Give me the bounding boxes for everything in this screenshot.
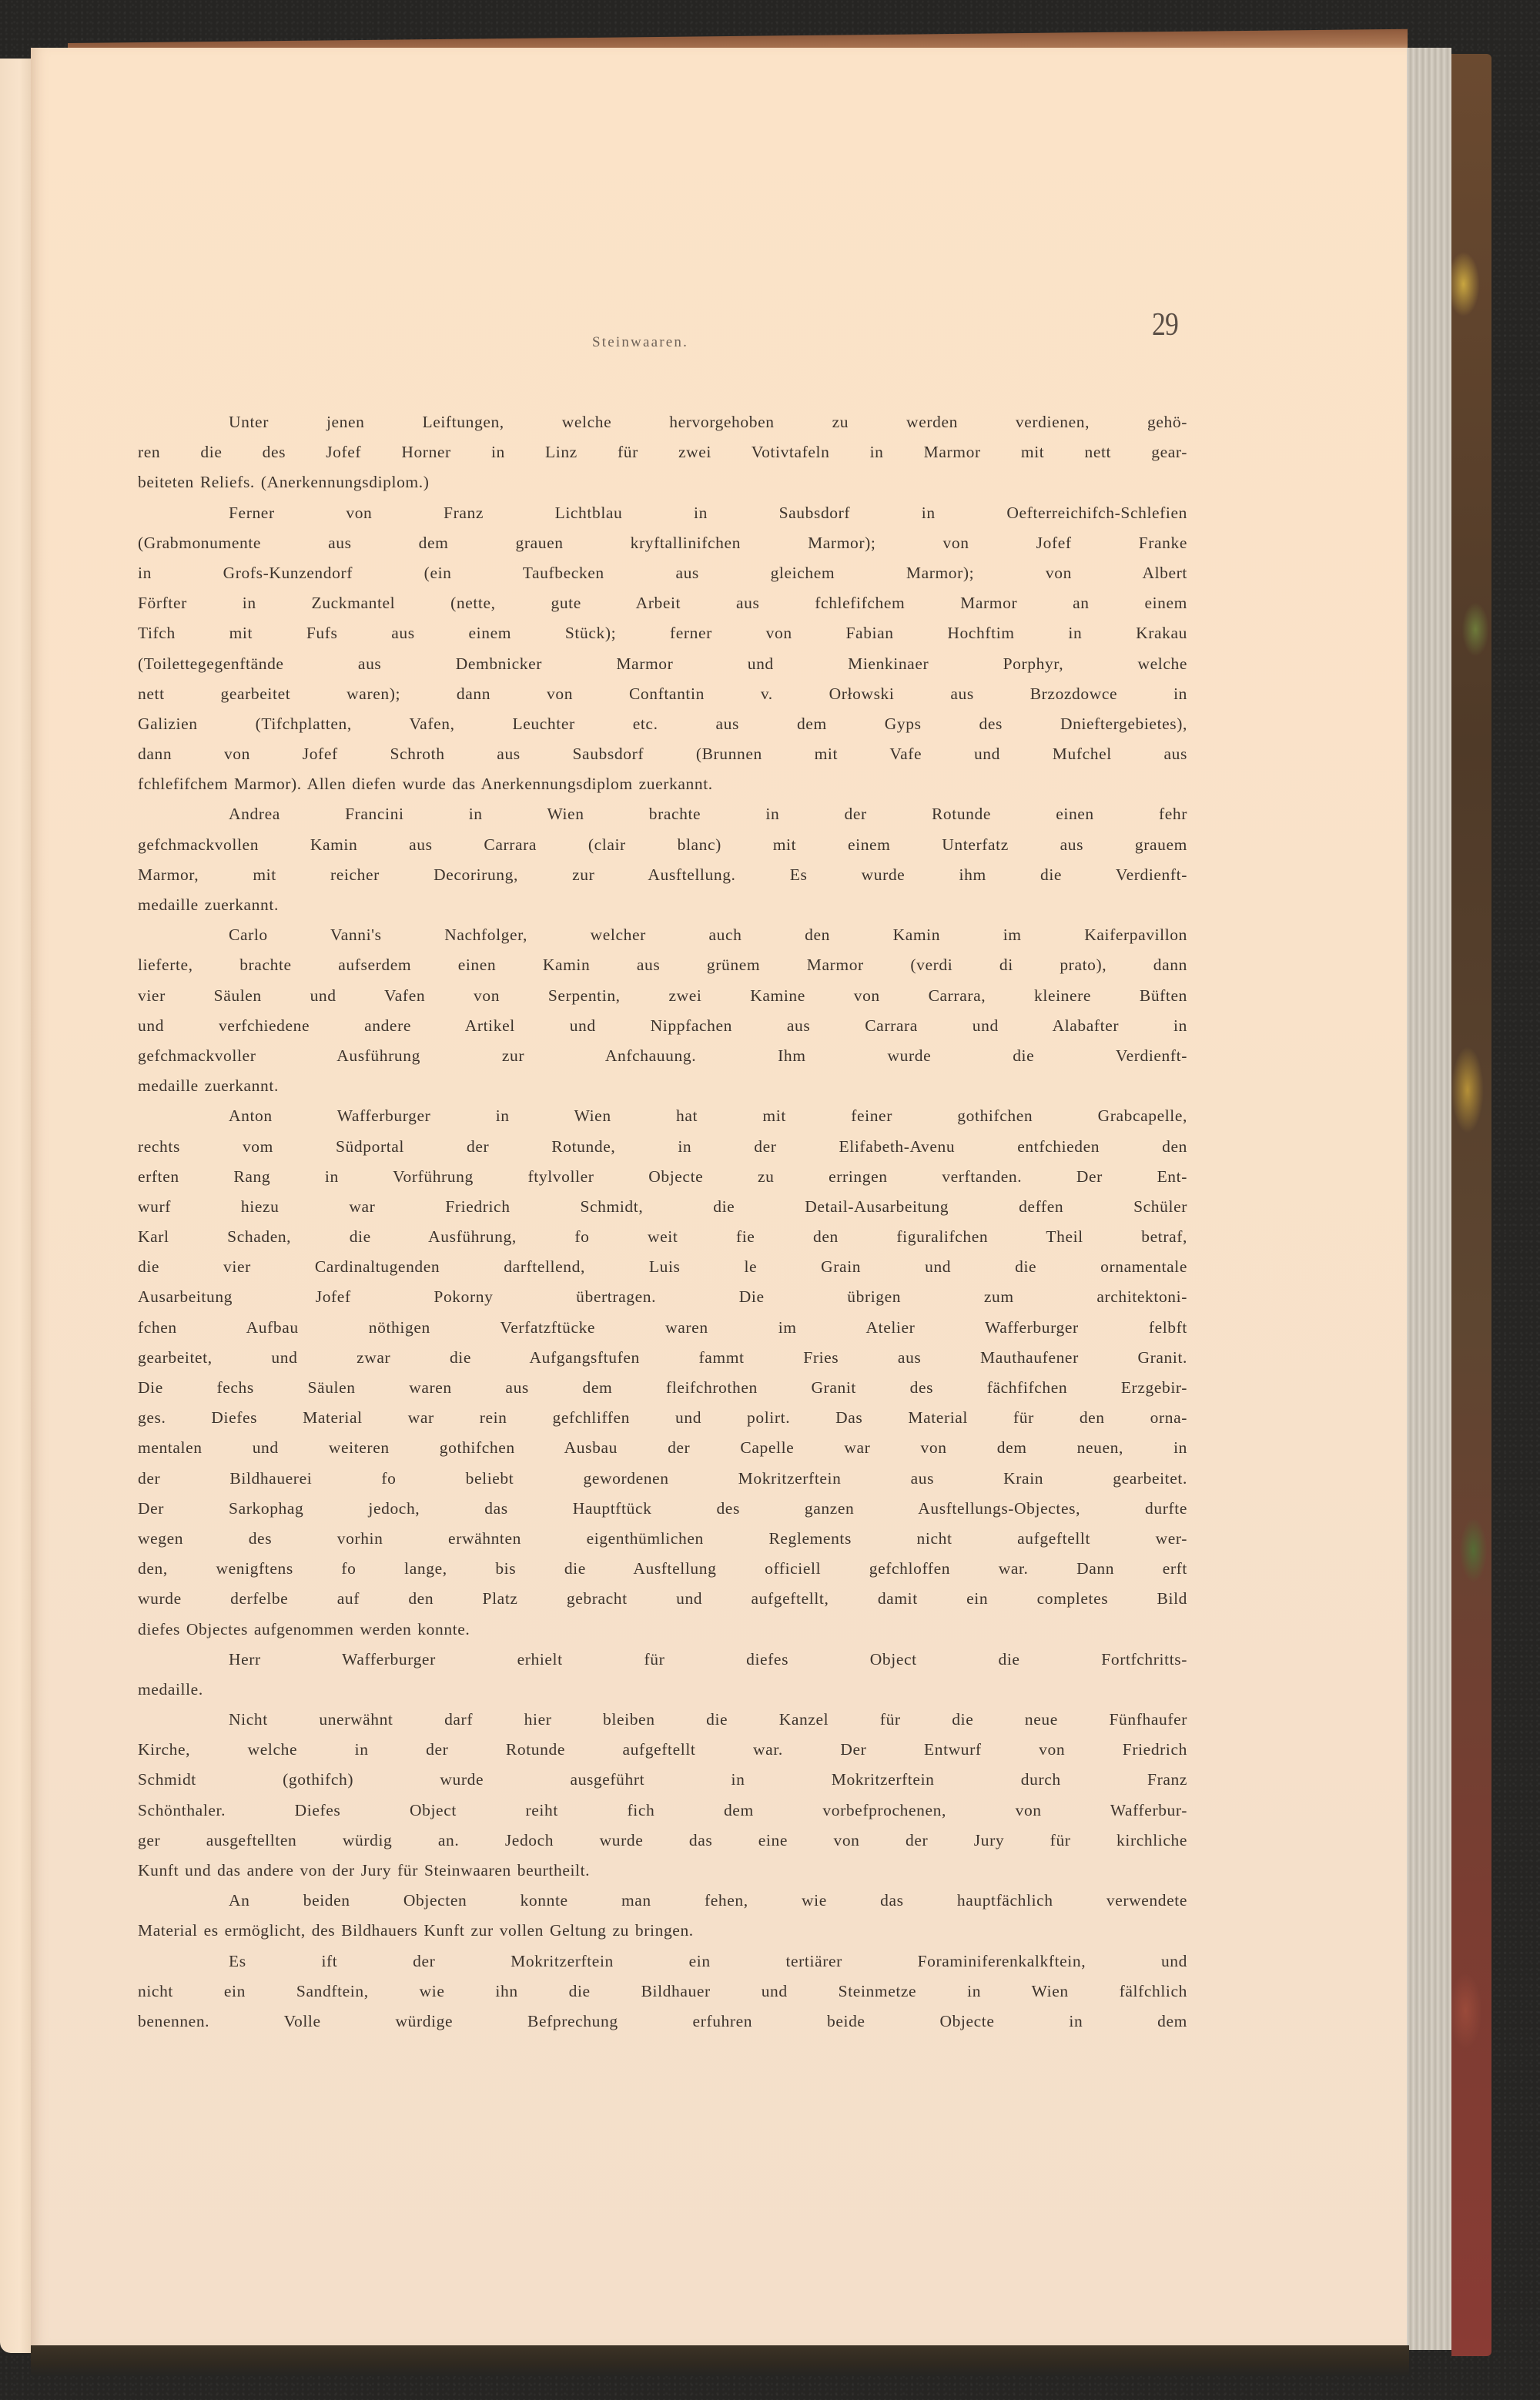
- text-line: (Grabmonumente aus dem grauen kryftallin…: [138, 528, 1187, 558]
- text-line: erften Rang in Vorführung ftylvoller Obj…: [138, 1162, 1187, 1192]
- facing-page-edge: [0, 59, 32, 2353]
- text-line: Kunft und das andere von der Jury für St…: [138, 1856, 1187, 1886]
- text-line: lieferte, brachte aufserdem einen Kamin …: [138, 950, 1187, 980]
- text-line: rechts vom Südportal der Rotunde, in der…: [138, 1132, 1187, 1162]
- text-line: Ferner von Franz Lichtblau in Saubsdorf …: [138, 498, 1187, 528]
- text-line: gefchmackvoller Ausführung zur Anfchauun…: [138, 1041, 1187, 1071]
- text-line: Die fechs Säulen waren aus dem fleifchro…: [138, 1373, 1187, 1403]
- running-head: Steinwaaren.: [592, 334, 688, 351]
- text-line: Herr Wafferburger erhielt für diefes Obj…: [138, 1645, 1187, 1675]
- text-line: wurde derfelbe auf den Platz gebracht un…: [138, 1584, 1187, 1614]
- text-line: nicht ein Sandftein, wie ihn die Bildhau…: [138, 1977, 1187, 2007]
- body-text: Unter jenen Leiftungen, welche hervorgeh…: [138, 407, 1187, 2037]
- text-line: Anton Wafferburger in Wien hat mit feine…: [138, 1101, 1187, 1131]
- text-line: Tifch mit Fufs aus einem Stück); ferner …: [138, 618, 1187, 648]
- text-line: benennen. Volle würdige Befprechung erfu…: [138, 2007, 1187, 2037]
- text-line: Andrea Francini in Wien brachte in der R…: [138, 799, 1187, 829]
- text-line: der Bildhauerei fo beliebt gewordenen Mo…: [138, 1464, 1187, 1494]
- text-line: Förfter in Zuckmantel (nette, gute Arbei…: [138, 588, 1187, 618]
- text-line: ges. Diefes Material war rein gefchliffe…: [138, 1403, 1187, 1433]
- text-line: die vier Cardinaltugenden darftellend, L…: [138, 1252, 1187, 1282]
- text-line: nett gearbeitet waren); dann von Conftan…: [138, 679, 1187, 709]
- text-line: den, wenigftens fo lange, bis die Ausfte…: [138, 1554, 1187, 1584]
- text-line: medaille zuerkannt.: [138, 1071, 1187, 1101]
- text-line: und verfchiedene andere Artikel und Nipp…: [138, 1011, 1187, 1041]
- text-line: ger ausgeftellten würdig an. Jedoch wurd…: [138, 1826, 1187, 1856]
- text-line: ren die des Jofef Horner in Linz für zwe…: [138, 437, 1187, 467]
- text-line: Ausarbeitung Jofef Pokorny übertragen. D…: [138, 1282, 1187, 1312]
- text-line: Material es ermöglicht, des Bildhauers K…: [138, 1916, 1187, 1946]
- text-line: diefes Objectes aufgenommen werden konnt…: [138, 1615, 1187, 1645]
- text-line: dann von Jofef Schroth aus Saubsdorf (Br…: [138, 739, 1187, 769]
- text-line: Schönthaler. Diefes Object reiht fich de…: [138, 1796, 1187, 1826]
- text-line: Carlo Vanni's Nachfolger, welcher auch d…: [138, 920, 1187, 950]
- text-line: Der Sarkophag jedoch, das Hauptftück des…: [138, 1494, 1187, 1524]
- text-line: gearbeitet, und zwar die Aufgangsftufen …: [138, 1343, 1187, 1373]
- text-line: wurf hiezu war Friedrich Schmidt, die De…: [138, 1192, 1187, 1222]
- text-line: in Grofs-Kunzendorf (ein Taufbecken aus …: [138, 558, 1187, 588]
- text-line: (Toilettegegenftände aus Dembnicker Marm…: [138, 649, 1187, 679]
- text-line: Marmor, mit reicher Decorirung, zur Ausf…: [138, 860, 1187, 890]
- text-line: gefchmackvollen Kamin aus Carrara (clair…: [138, 830, 1187, 860]
- text-line: An beiden Objecten konnte man fehen, wie…: [138, 1886, 1187, 1916]
- page-stack-edge: [1407, 48, 1451, 2350]
- text-line: Schmidt (gothifch) wurde ausgeführt in M…: [138, 1765, 1187, 1795]
- text-line: Karl Schaden, die Ausführung, fo weit fi…: [138, 1222, 1187, 1252]
- text-line: fchlefifchem Marmor). Allen diefen wurde…: [138, 769, 1187, 799]
- text-line: Es ift der Mokritzerftein ein tertiärer …: [138, 1946, 1187, 1977]
- text-line: medaille.: [138, 1675, 1187, 1705]
- marbled-cover-edge: [1451, 54, 1491, 2356]
- page-number: 29: [1152, 306, 1178, 343]
- text-line: medaille zuerkannt.: [138, 890, 1187, 920]
- text-line: Kirche, welche in der Rotunde aufgeftell…: [138, 1735, 1187, 1765]
- text-line: mentalen und weiteren gothifchen Ausbau …: [138, 1433, 1187, 1463]
- page-bottom-shadow: [31, 2345, 1409, 2376]
- text-line: Galizien (Tifchplatten, Vafen, Leuchter …: [138, 709, 1187, 739]
- text-line: fchen Aufbau nöthigen Verfatzftücke ware…: [138, 1313, 1187, 1343]
- text-line: Nicht unerwähnt darf hier bleiben die Ka…: [138, 1705, 1187, 1735]
- text-line: wegen des vorhin erwähnten eigenthümlich…: [138, 1524, 1187, 1554]
- text-line: Unter jenen Leiftungen, welche hervorgeh…: [138, 407, 1187, 437]
- text-line: beiteten Reliefs. (Anerkennungsdiplom.): [138, 467, 1187, 497]
- text-line: vier Säulen und Vafen von Serpentin, zwe…: [138, 981, 1187, 1011]
